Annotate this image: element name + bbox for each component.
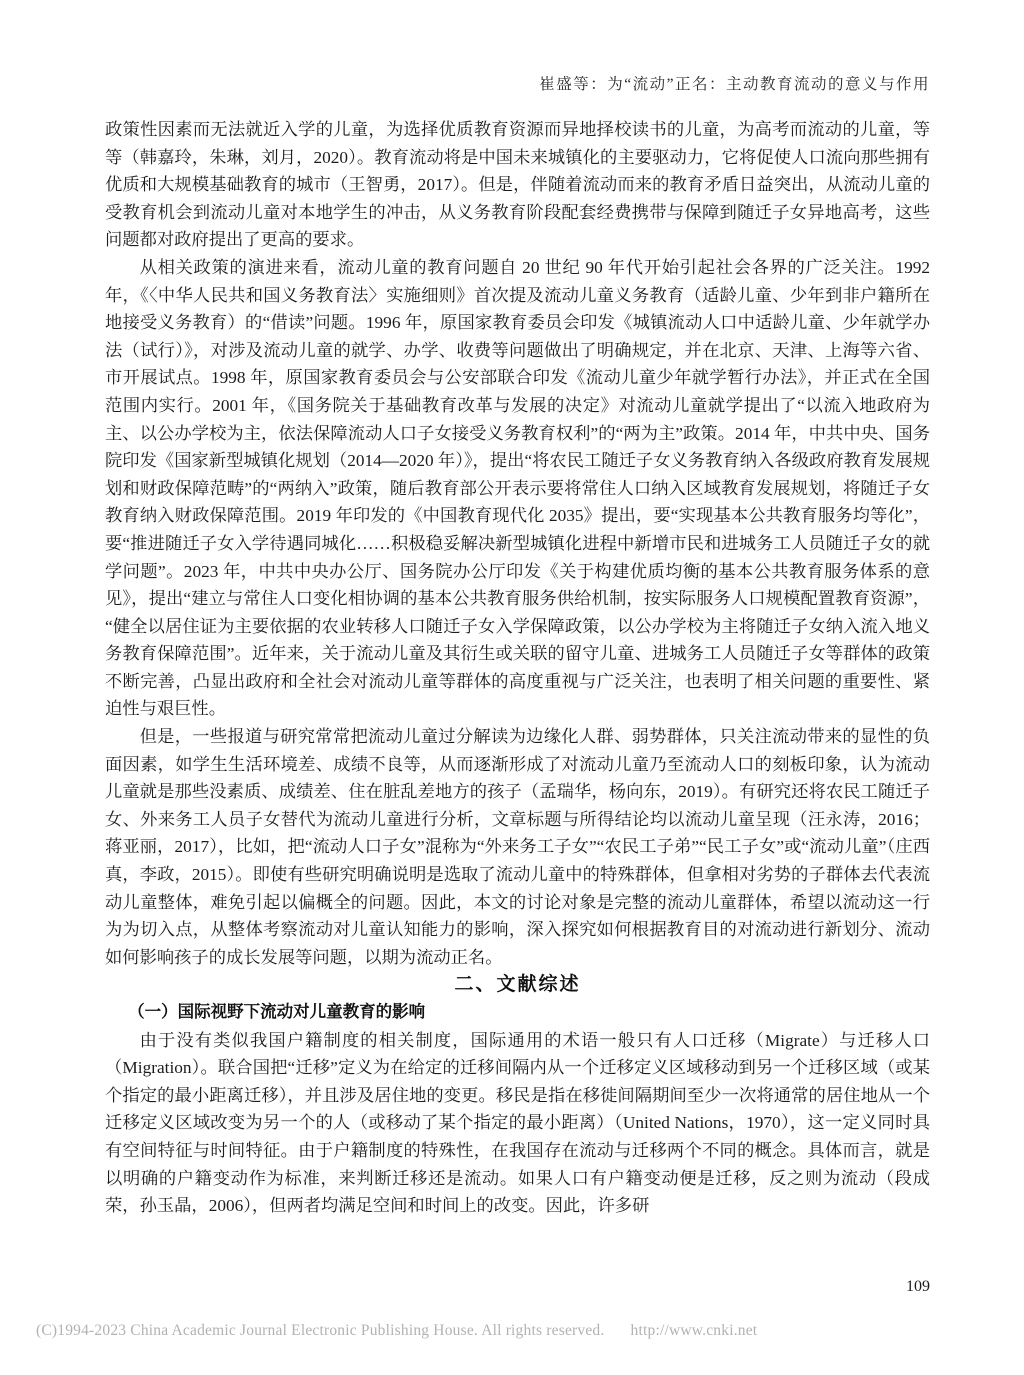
running-header: 崔盛等：为“流动”正名：主动教育流动的意义与作用 bbox=[0, 0, 1024, 94]
section-heading: 二、文献综述 bbox=[105, 971, 930, 999]
paragraph: 从相关政策的演进来看，流动儿童的教育问题自 20 世纪 90 年代开始引起社会各… bbox=[105, 254, 930, 723]
subsection-heading: （一）国际视野下流动对儿童教育的影响 bbox=[105, 999, 930, 1027]
footer-url: http://www.cnki.net bbox=[631, 1322, 758, 1339]
paragraph: 政策性因素而无法就近入学的儿童，为选择优质教育资源而异地择校读书的儿童，为高考而… bbox=[105, 116, 930, 254]
paragraph: 由于没有类似我国户籍制度的相关制度，国际通用的术语一般只有人口迁移（Migrat… bbox=[105, 1027, 930, 1220]
footer-copyright: (C)1994-2023 China Academic Journal Elec… bbox=[36, 1322, 604, 1339]
article-body: 政策性因素而无法就近入学的儿童，为选择优质教育资源而异地择校读书的儿童，为高考而… bbox=[105, 116, 930, 1220]
journal-page: 崔盛等：为“流动”正名：主动教育流动的意义与作用 政策性因素而无法就近入学的儿童… bbox=[0, 0, 1024, 1375]
footer: (C)1994-2023 China Academic Journal Elec… bbox=[36, 1322, 988, 1340]
page-number: 109 bbox=[906, 1278, 930, 1296]
paragraph: 但是，一些报道与研究常常把流动儿童过分解读为边缘化人群、弱势群体，只关注流动带来… bbox=[105, 723, 930, 971]
